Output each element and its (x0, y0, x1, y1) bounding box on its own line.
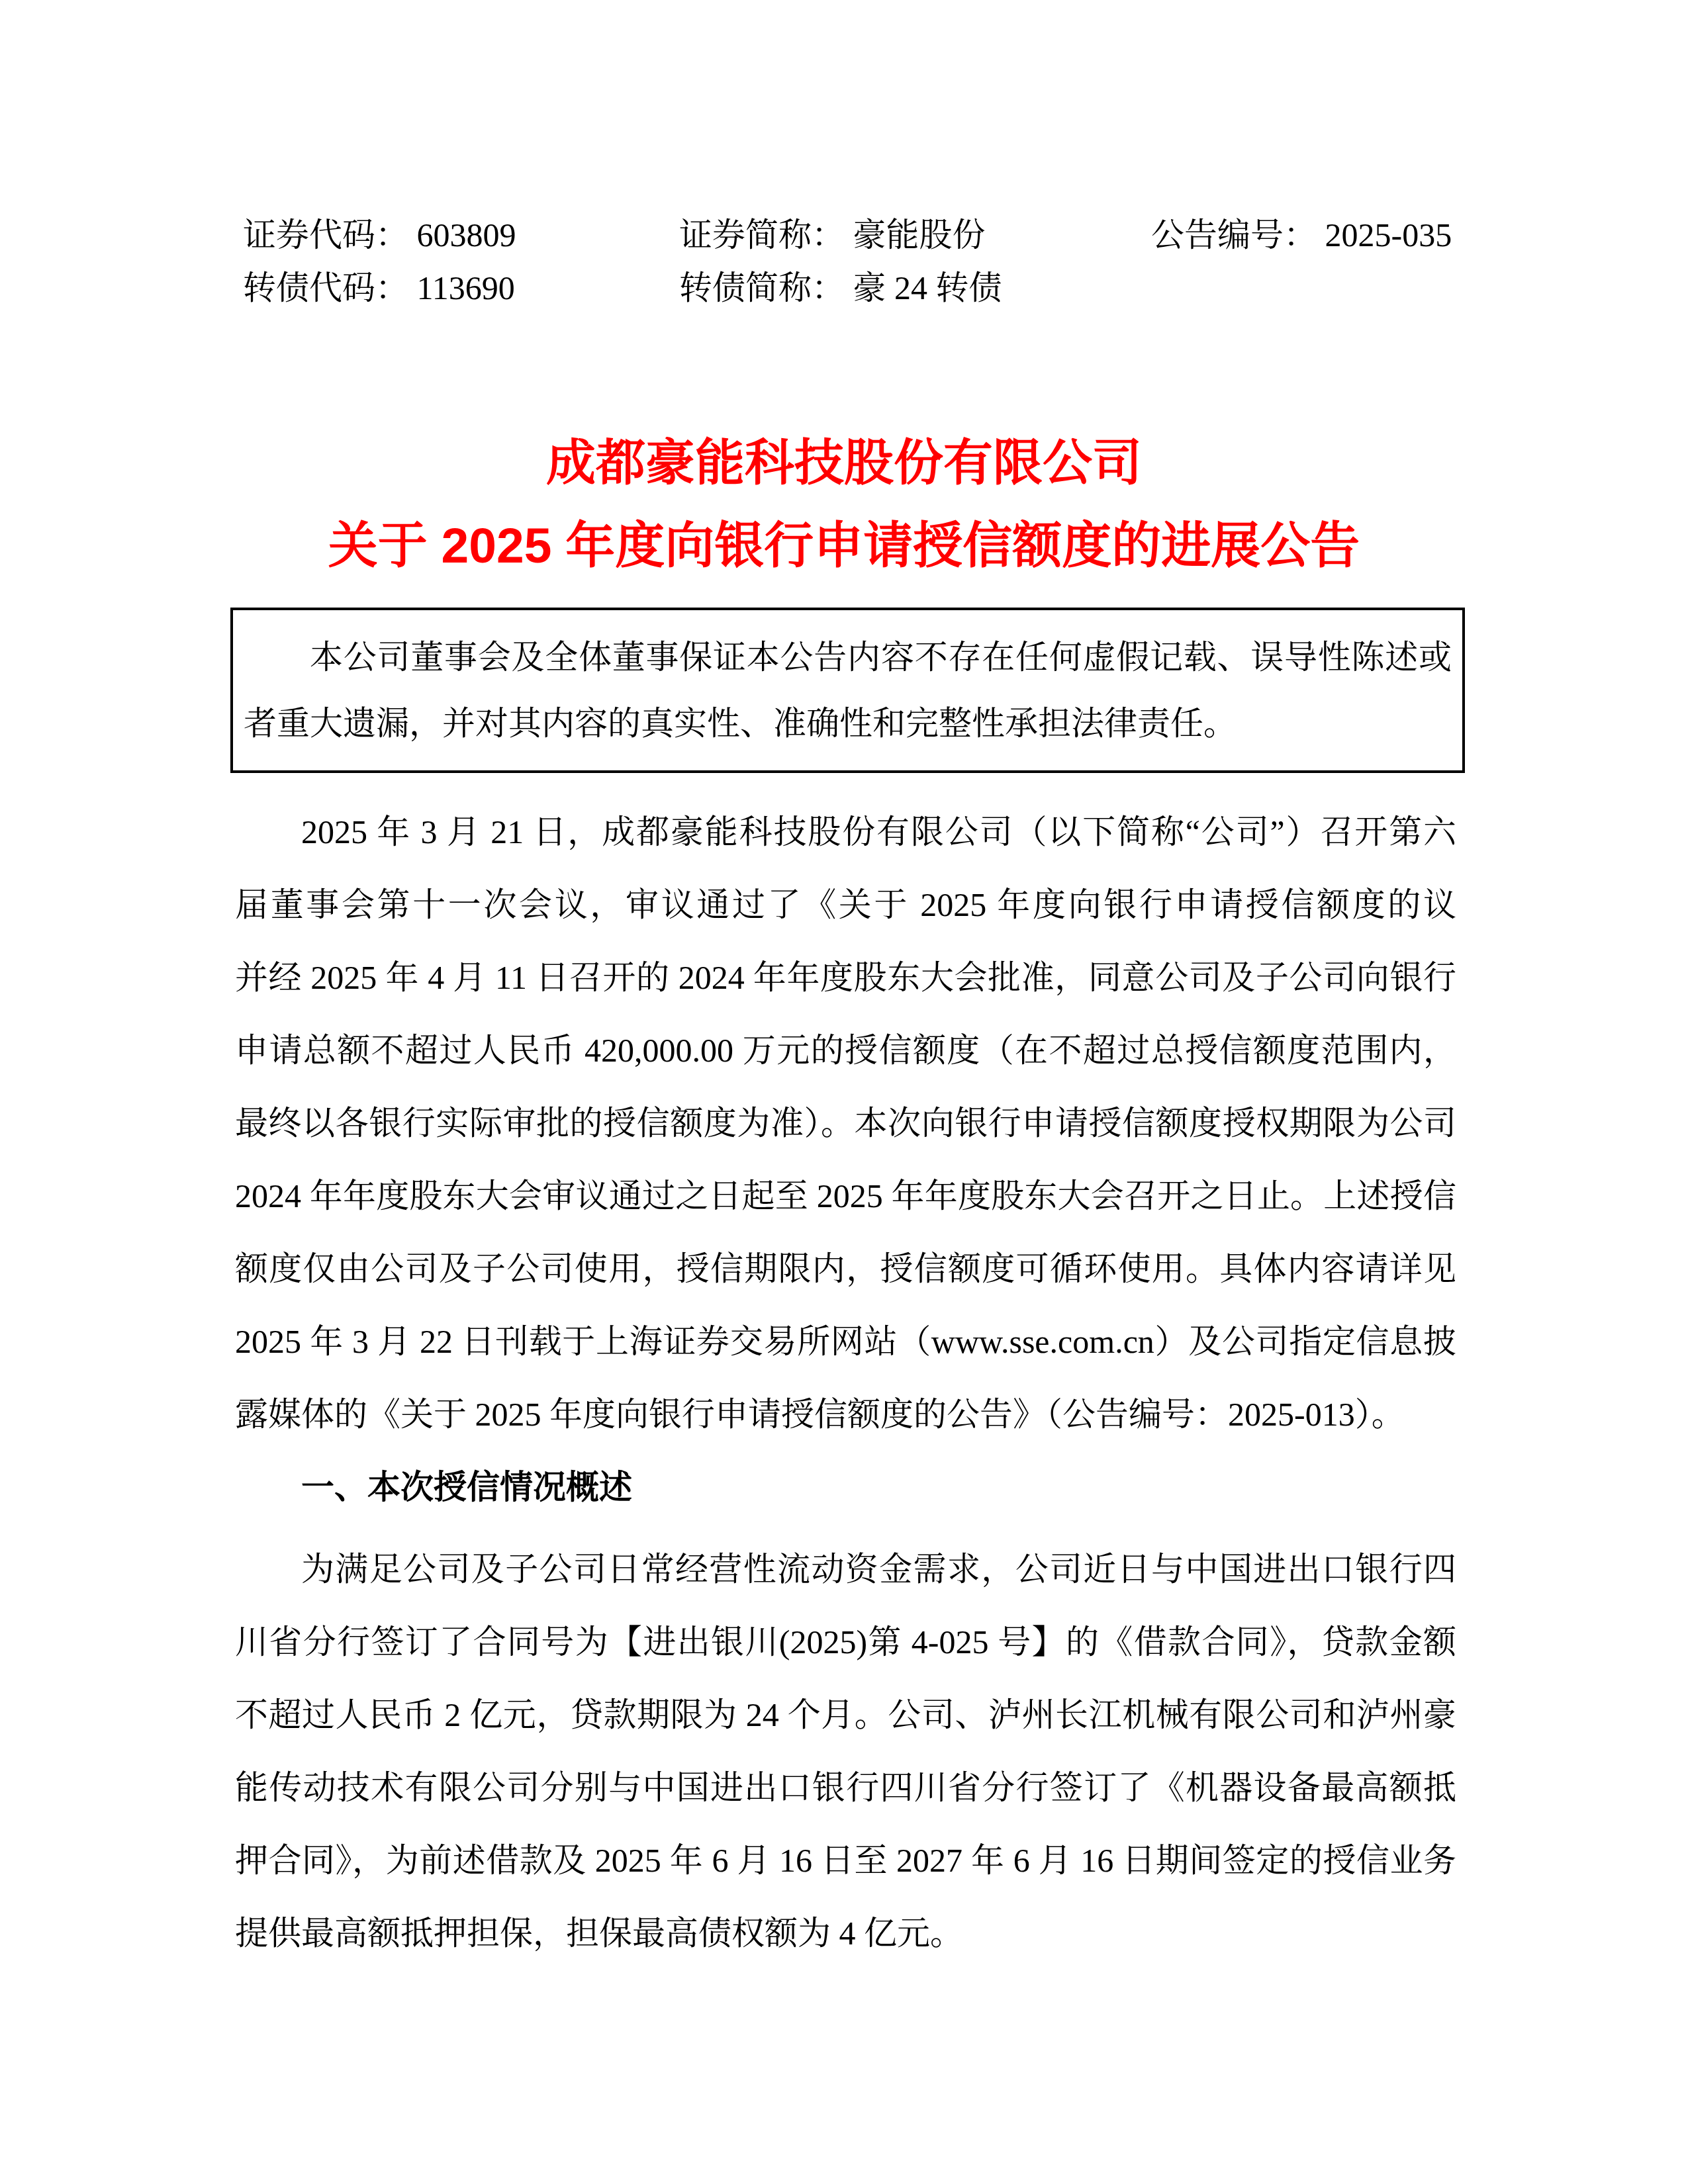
text-line: 露媒体的《关于 2025 年度向银行申请授信额度的公告》（公告编号：2025-0… (235, 1378, 1456, 1451)
doc-header: 证券代码： 603809 证券简称： 豪能股份 公告编号： 2025-035 转… (243, 208, 1468, 314)
announcement-title: 关于 2025 年度向银行申请授信额度的进展公告 (0, 504, 1688, 587)
stock-code: 证券代码： 603809 (243, 208, 516, 261)
header-row-2: 转债代码： 113690 转债简称： 豪 24 转债 (243, 261, 1468, 314)
document-body: 2025 年 3 月 21 日，成都豪能科技股份有限公司（以下简称“公司”）召开… (235, 796, 1456, 1970)
text-line: 能传动技术有限公司分别与中国进出口银行四川省分行签订了《机器设备最高额抵 (235, 1751, 1456, 1824)
disclaimer-line: 者重大遗漏，并对其内容的真实性、准确性和完整性承担法律责任。 (244, 690, 1452, 756)
announcement-number: 公告编号： 2025-035 (1151, 208, 1452, 261)
text-line: 2025 年 3 月 22 日刊载于上海证券交易所网站（www.sse.com.… (235, 1305, 1456, 1378)
text-line: 押合同》，为前述借款及 2025 年 6 月 16 日至 2027 年 6 月 … (235, 1824, 1456, 1897)
text-line: 申请总额不超过人民币 420,000.00 万元的授信额度（在不超过总授信额度范… (235, 1014, 1456, 1087)
text-line: 为满足公司及子公司日常经营性流动资金需求，公司近日与中国进出口银行四 (235, 1533, 1456, 1606)
text-line: 提供最高额抵押担保，担保最高债权额为 4 亿元。 (235, 1897, 1456, 1970)
section-heading: 一、本次授信情况概述 (235, 1451, 1456, 1524)
text-line: 不超过人民币 2 亿元，贷款期限为 24 个月。公司、泸州长江机械有限公司和泸州… (235, 1678, 1456, 1751)
title-block: 成都豪能科技股份有限公司 关于 2025 年度向银行申请授信额度的进展公告 (0, 422, 1688, 587)
text-line: 川省分行签订了合同号为【进出银川(2025)第 4-025 号】的《借款合同》，… (235, 1606, 1456, 1678)
text-line: 2024 年年度股东大会审议通过之日起至 2025 年年度股东大会召开之日止。上… (235, 1160, 1456, 1232)
disclaimer-box: 本公司董事会及全体董事保证本公告内容不存在任何虚假记载、误导性陈述或 者重大遗漏… (230, 608, 1465, 773)
disclaimer-line: 本公司董事会及全体董事保证本公告内容不存在任何虚假记载、误导性陈述或 (244, 624, 1452, 690)
announcement-page: 证券代码： 603809 证券简称： 豪能股份 公告编号： 2025-035 转… (0, 0, 1688, 2184)
text-line: 2025 年 3 月 21 日，成都豪能科技股份有限公司（以下简称“公司”）召开… (235, 796, 1456, 868)
company-title: 成都豪能科技股份有限公司 (0, 422, 1688, 504)
text-line: 额度仅由公司及子公司使用，授信期限内，授信额度可循环使用。具体内容请详见 (235, 1232, 1456, 1305)
bond-code: 转债代码： 113690 (243, 261, 515, 314)
text-line: 最终以各银行实际审批的授信额度为准）。本次向银行申请授信额度授权期限为公司 (235, 1087, 1456, 1160)
text-line: 届董事会第十一次会议，审议通过了《关于 2025 年度向银行申请授信额度的议案》… (235, 868, 1456, 941)
stock-abbr: 证券简称： 豪能股份 (679, 208, 986, 261)
bond-abbr: 转债简称： 豪 24 转债 (679, 261, 1002, 314)
text-line: 并经 2025 年 4 月 11 日召开的 2024 年年度股东大会批准，同意公… (235, 941, 1456, 1014)
header-row-1: 证券代码： 603809 证券简称： 豪能股份 公告编号： 2025-035 (243, 208, 1468, 261)
